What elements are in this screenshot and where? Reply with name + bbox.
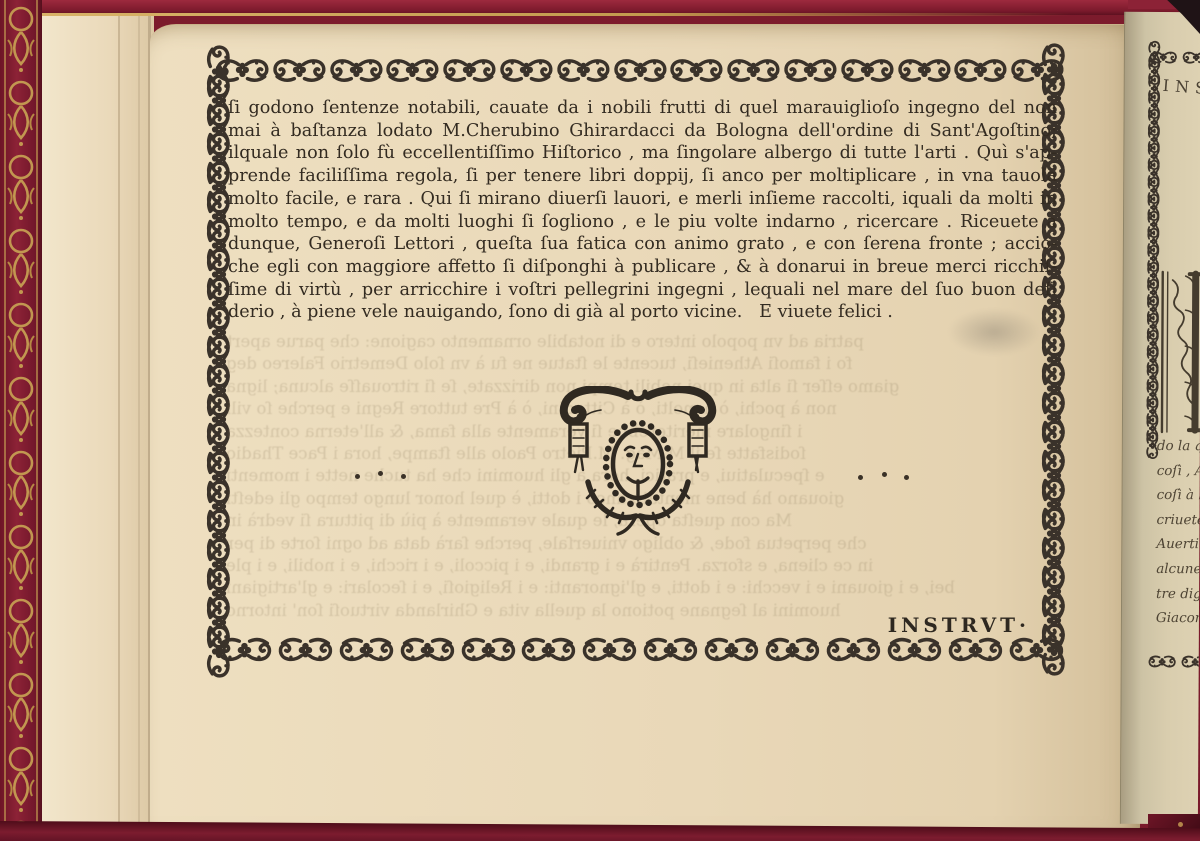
fleuron-scroll-ornament-icon [839, 57, 896, 84]
fleuron-scroll-ornament-icon [1181, 51, 1200, 65]
fleuron-scroll-ornament-icon [458, 636, 519, 663]
fleuron-scroll-ornament-icon [640, 636, 701, 663]
fleuron-scroll-ornament-icon [612, 57, 669, 84]
facing-text-line: tre dignità, [1156, 582, 1200, 607]
fleuron-scroll-ornament-icon [1147, 654, 1177, 668]
text-line: prende faciliſſima regola, ſi per tenere… [228, 165, 1057, 188]
fleuron-scroll-ornament-icon [1040, 621, 1067, 678]
text-line: ſime di virtù , per arricchire i voſtri … [228, 279, 1057, 302]
gold-fleck [1178, 822, 1183, 827]
gold-fillet-line [12, 13, 1072, 16]
text-line: derio , à piene vele nauigando, ſono di … [228, 301, 1057, 324]
facing-text-line: alcune han [1156, 557, 1200, 582]
fleuron-scroll-ornament-icon [668, 57, 725, 84]
facing-text-line: coſì à baſſo [1157, 483, 1200, 508]
page-edge-line [138, 16, 140, 841]
fleuron-scroll-ornament-icon [518, 636, 579, 663]
fleuron-scroll-ornament-icon [952, 57, 1009, 84]
fleuron-scroll-ornament-icon [725, 57, 782, 84]
text-line: che egli con maggiore affetto ſi diſpong… [228, 256, 1057, 279]
facing-text-line: Auertit [1156, 532, 1200, 557]
facing-text-line: Giacomo, e [1156, 606, 1200, 631]
fleuron-scroll-ornament-icon [579, 636, 640, 663]
ornamental-border-bottom [214, 636, 1066, 663]
facing-text-line: coſì , Al m [1157, 459, 1200, 484]
gold-tooling-pattern-icon [0, 0, 42, 841]
ink-dot [378, 471, 383, 476]
fleuron-scroll-ornament-icon [328, 57, 385, 84]
fleuron-scroll-ornament-icon [336, 636, 397, 663]
facing-border-bottom [1146, 648, 1200, 675]
ink-dot [355, 474, 360, 479]
book-opening-photo: ſi godono ſentenze notabili, cauate da i… [0, 0, 1200, 841]
facing-text-line: do la quali [1157, 434, 1200, 459]
binding-left-cover [0, 0, 42, 841]
fleuron-scroll-ornament-icon [205, 623, 232, 680]
paper-smudge [948, 308, 1040, 356]
ink-dot [904, 475, 909, 480]
fleuron-scroll-ornament-icon [441, 57, 498, 84]
fleuron-scroll-ornament-icon [782, 57, 839, 84]
facing-page-text: do la qualicoſì , Al mcoſì à baſſocriuet… [1156, 434, 1200, 631]
page-fore-edges [42, 16, 154, 841]
ink-dot [858, 475, 863, 480]
body-text: ſi godono ſentenze notabili, cauate da i… [228, 97, 1057, 324]
page-edge-line [118, 16, 120, 841]
facing-text-line: criuete in [1156, 508, 1200, 533]
fleuron-scroll-ornament-icon [397, 636, 458, 663]
fleuron-scroll-ornament-icon [896, 57, 953, 84]
fleuron-scroll-ornament-icon [271, 57, 328, 84]
text-line: molto facile, e rara . Qui ſi mirano diu… [228, 188, 1057, 211]
fleuron-scroll-ornament-icon [701, 636, 762, 663]
grotesque-mask-woodcut-ornament-icon [543, 386, 733, 538]
fleuron-scroll-ornament-icon [884, 636, 945, 663]
text-line: molto tempo, e da molti luoghi ſi ſoglio… [228, 211, 1057, 234]
text-line: dunque, Generoſi Lettori , queſta ſua fa… [228, 233, 1057, 256]
ornamental-border-top [214, 57, 1066, 84]
fleuron-scroll-ornament-icon [498, 57, 555, 84]
fleuron-scroll-ornament-icon [384, 57, 441, 84]
ink-dot [882, 472, 887, 477]
text-line: ſi godono ſentenze notabili, cauate da i… [228, 97, 1057, 120]
facing-page-fragment: INST do la qualicoſì , Al mcoſì à baſſoc… [1120, 12, 1200, 824]
fleuron-scroll-ornament-icon [1180, 655, 1200, 669]
fleuron-scroll-ornament-icon [275, 636, 336, 663]
decorated-woodcut-initial-icon [1159, 270, 1200, 434]
fleuron-scroll-ornament-icon [945, 636, 1006, 663]
fleuron-scroll-ornament-icon [823, 636, 884, 663]
fleuron-scroll-ornament-icon [762, 636, 823, 663]
fleuron-scroll-ornament-icon [555, 57, 612, 84]
text-line: mai à baſtanza lodato M.Cherubino Ghirar… [228, 120, 1057, 143]
ink-dot [401, 474, 406, 479]
catchword: INSTRVT· [868, 613, 1030, 637]
text-line: ilquale non ſolo fù eccellentiſſimo Hiſt… [228, 142, 1057, 165]
